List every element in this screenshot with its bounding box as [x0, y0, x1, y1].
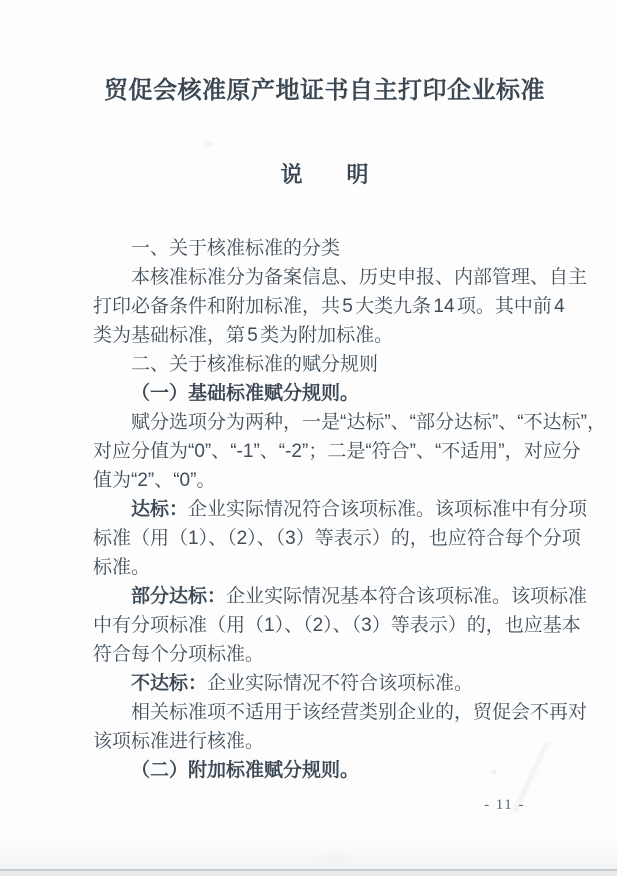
text-line: 符合每个分项标准。: [93, 640, 556, 669]
text-line: 相关标准项不适用于该经营类别企业的，贸促会不再对: [93, 698, 556, 727]
line-text: 类为基础标准，第 5 类为附加标准。: [93, 325, 393, 346]
line-text: 标准（用（1）、（2）、（3）等表示）的，也应符合每个分项: [93, 528, 581, 549]
line-text: 企业实际情况基本符合该项标准。该项标准: [226, 586, 587, 607]
text-line: 值为“2”、“0”。: [93, 466, 556, 495]
text-line: （一）基础标准赋分规则。: [93, 379, 556, 408]
line-bold-prefix: （二）附加标准赋分规则。: [131, 760, 359, 781]
text-line: 该项标准进行核准。: [93, 727, 556, 756]
line-text: 符合每个分项标准。: [93, 644, 264, 665]
line-text: 标准。: [93, 557, 150, 578]
line-text: 本核准标准分为备案信息、历史申报、内部管理、自主: [131, 267, 587, 288]
text-line: 对应分值为“0”、“-1”、“-2”；二是“符合”、“不适用”，对应分: [93, 437, 556, 466]
document-title: 贸促会核准原产地证书自主打印企业标准: [93, 76, 556, 105]
text-line: 打印必备条件和附加标准，共 5 大类九条 14 项。其中前 4: [93, 292, 556, 321]
line-bold-prefix: 部分达标：: [131, 586, 226, 607]
line-text: 相关标准项不适用于该经营类别企业的，贸促会不再对: [131, 702, 587, 723]
text-line: 部分达标：企业实际情况基本符合该项标准。该项标准: [93, 582, 556, 611]
line-bold-prefix: （一）基础标准赋分规则。: [131, 383, 359, 404]
document-body: 一、关于核准标准的分类 本核准标准分为备案信息、历史申报、内部管理、自主 打印必…: [93, 234, 556, 785]
text-line: 中有分项标准（用（1）、（2）、（3）等表示）的，也应基本: [93, 611, 556, 640]
text-line: 赋分选项分为两种，一是“达标”、“部分达标”、“不达标”，: [93, 408, 556, 437]
text-line: 二、关于核准标准的赋分规则: [93, 350, 556, 379]
text-line: 不达标：企业实际情况不符合该项标准。: [93, 669, 556, 698]
line-text: 一、关于核准标准的分类: [131, 238, 340, 259]
text-line: 类为基础标准，第 5 类为附加标准。: [93, 321, 556, 350]
line-bold-prefix: 达标：: [131, 499, 188, 520]
line-bold-prefix: 不达标：: [131, 673, 207, 694]
line-text: 值为“2”、“0”。: [93, 470, 215, 491]
text-line: 一、关于核准标准的分类: [93, 234, 556, 263]
scanned-document-page: 贸促会核准原产地证书自主打印企业标准 说 明 一、关于核准标准的分类 本核准标准…: [0, 0, 617, 876]
text-line: 标准。: [93, 553, 556, 582]
line-text: 二、关于核准标准的赋分规则: [131, 354, 378, 375]
document-subtitle: 说 明: [93, 162, 556, 188]
text-line: （二）附加标准赋分规则。: [93, 756, 556, 785]
text-line: 本核准标准分为备案信息、历史申报、内部管理、自主: [93, 263, 556, 292]
page-number: - 11 -: [484, 796, 525, 814]
line-text: 企业实际情况不符合该项标准。: [207, 673, 473, 694]
scan-bottom-shading: [0, 835, 617, 869]
line-text: 赋分选项分为两种，一是“达标”、“部分达标”、“不达标”，: [131, 412, 606, 433]
line-text: 该项标准进行核准。: [93, 731, 264, 752]
line-text: 对应分值为“0”、“-1”、“-2”；二是“符合”、“不适用”，对应分: [93, 441, 581, 462]
line-text: 企业实际情况符合该项标准。该项标准中有分项: [188, 499, 587, 520]
line-text: 中有分项标准（用（1）、（2）、（3）等表示）的，也应基本: [93, 615, 581, 636]
text-line: 标准（用（1）、（2）、（3）等表示）的，也应符合每个分项: [93, 524, 556, 553]
line-text: 打印必备条件和附加标准，共 5 大类九条 14 项。其中前 4: [93, 296, 565, 317]
scan-page-edge: [0, 869, 617, 876]
text-line: 达标：企业实际情况符合该项标准。该项标准中有分项: [93, 495, 556, 524]
page-content: 贸促会核准原产地证书自主打印企业标准 说 明 一、关于核准标准的分类 本核准标准…: [0, 0, 617, 785]
